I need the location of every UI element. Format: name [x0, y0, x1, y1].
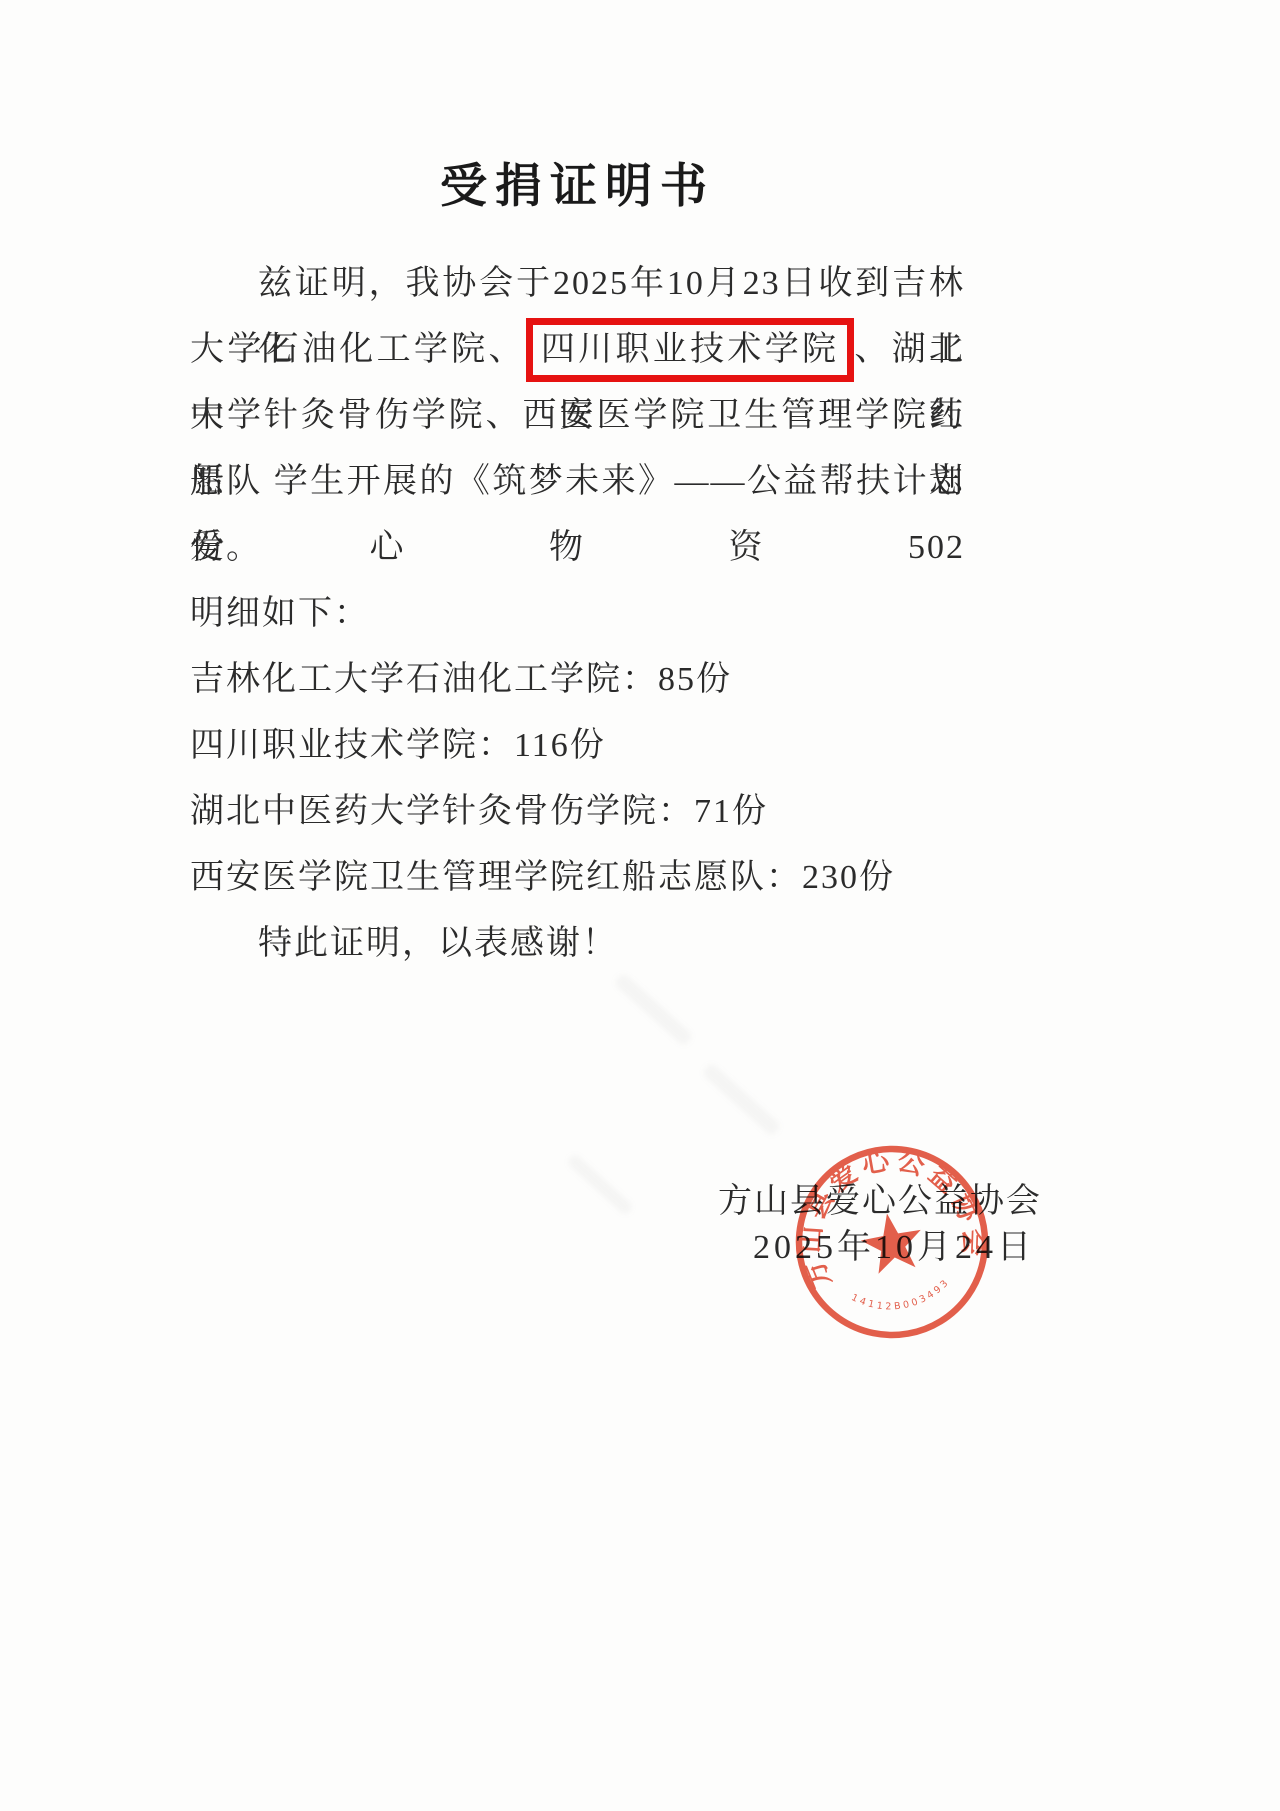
paragraph-line-1: 兹证明，我协会于2025年10月23日收到吉林化工 — [190, 251, 965, 317]
detail-item-jilin: 吉林化工大学石油化工学院：85份 — [190, 647, 965, 713]
seal-star-icon — [857, 1208, 927, 1276]
paragraph-line-3: 大学针灸骨伤学院、西安医学院卫生管理学院红船志 — [190, 383, 965, 449]
line2-text-before-highlight: 大学石油化工学院、 — [190, 331, 526, 368]
paragraph-line-5: 份。 — [190, 515, 965, 581]
scan-artifact — [566, 1153, 634, 1216]
detail-item-hubei: 湖北中医药大学针灸骨伤学院：71份 — [190, 779, 965, 845]
seal-serial-number: 14112B003493 — [848, 1275, 956, 1320]
seal-arc-text: 方山县爱心公益协会 — [779, 1130, 994, 1294]
detail-heading: 明细如下： — [190, 581, 965, 647]
document-title: 受捐证明书 — [190, 158, 965, 216]
closing-line: 特此证明，以表感谢！ — [190, 911, 965, 977]
certificate-page: 受捐证明书 兹证明，我协会于2025年10月23日收到吉林化工 大学石油化工学院… — [0, 0, 1280, 1811]
paragraph-line-4: 愿队 学生开展的《筑梦未来》——公益帮扶计划爱心物资502 — [190, 449, 965, 515]
detail-item-xian: 西安医学院卫生管理学院红船志愿队：230份 — [190, 845, 965, 911]
highlighted-school-name: 四川职业技术学院 — [526, 318, 855, 382]
scan-artifact — [613, 972, 694, 1047]
scan-artifact — [701, 1062, 782, 1137]
official-seal-stamp: 方山县爱心公益协会 14112B003493 — [765, 1115, 1020, 1370]
paragraph-line-2: 大学石油化工学院、四川职业技术学院、湖北中医药 — [190, 317, 965, 383]
detail-item-sichuan: 四川职业技术学院：116份 — [190, 713, 965, 779]
